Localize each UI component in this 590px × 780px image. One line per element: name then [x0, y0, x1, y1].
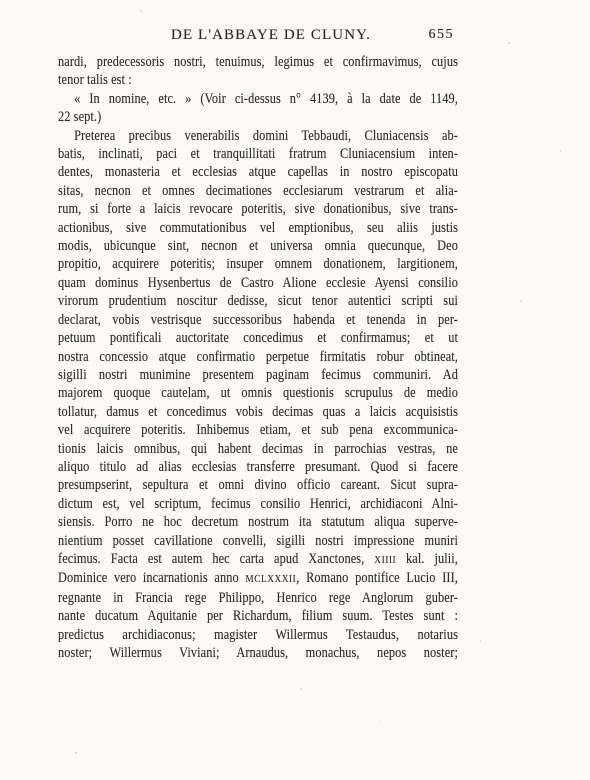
- scan-speck: [75, 752, 77, 754]
- text-line: dictum est, vel scriptum, fecimus consil…: [58, 495, 458, 513]
- text-line: Preterea precibus venerabilis domini Teb…: [58, 127, 458, 145]
- text-line: sitas, necnon et omnes decimationes eccl…: [58, 182, 458, 200]
- text-line: regnante in Francia rege Philippo, Henri…: [58, 589, 458, 607]
- scan-speck: [520, 300, 522, 302]
- text-line: tenor talis est :: [58, 71, 458, 89]
- scan-speck: [480, 640, 481, 642]
- roman-numeral: XIIII: [374, 554, 396, 566]
- roman-numeral: MCLXXXII: [245, 573, 296, 585]
- scanned-book-page: DE L'ABBAYE DE CLUNY. 655 nardi, predece…: [0, 0, 590, 780]
- text-line: 22 sept.): [58, 108, 458, 126]
- text-line: nientium posset cavillatione convelli, s…: [58, 532, 458, 550]
- text-line: petuum pontificali auctoritate concedimu…: [58, 329, 458, 347]
- text-line: presumpserint, sepultura et omni divino …: [58, 476, 458, 494]
- text-line: aliquo titulo ad alias ecclesias transfe…: [58, 458, 458, 476]
- scan-speck: [560, 150, 561, 152]
- text-line: « In nomine, etc. » (Voir ci-dessus n° 4…: [58, 90, 458, 108]
- text-line: Dominice vero incarnationis anno MCLXXXI…: [58, 569, 458, 588]
- scan-speck: [508, 42, 510, 44]
- text-line: declarat, vobis vestrisque successoribus…: [58, 311, 458, 329]
- body-text: nardi, predecessoris nostri, tenuimus, l…: [58, 53, 458, 662]
- text-line: quam dominus Hysenbertus de Castro Alion…: [58, 274, 458, 292]
- text-line: rum, si forte a laicis revocare poteriti…: [58, 200, 458, 218]
- text-line: tollatur, damus et concedimus vobis deci…: [58, 403, 458, 421]
- page-title: DE L'ABBAYE DE CLUNY.: [171, 27, 371, 43]
- text-line: modis, ubicunque sint, necnon et univers…: [58, 237, 458, 255]
- scan-speck: [300, 688, 302, 690]
- text-line: fecimus. Facta est autem hec carta apud …: [58, 550, 458, 569]
- scan-speck: [380, 720, 381, 721]
- text-line: propitio, acquirere poteritis; insuper o…: [58, 255, 458, 273]
- text-line: nante ducatum Aquitanie per Richardum, f…: [58, 607, 458, 625]
- text-line: sigilli nostri munimine presentem pagina…: [58, 366, 458, 384]
- text-line: tionis laicis omnibus, qui habent decima…: [58, 440, 458, 458]
- page-number: 655: [429, 27, 455, 43]
- text-line: siensis. Porro ne hoc decretum nostrum i…: [58, 513, 458, 531]
- text-line: vel acquirere poteritis. Inhibemus etiam…: [58, 421, 458, 439]
- text-line: dentes, monasteria et ecclesias atque ca…: [58, 163, 458, 181]
- text-line: actionibus, sive commutationibus vel emp…: [58, 219, 458, 237]
- text-line: virorum prudentium noscitur dedisse, sic…: [58, 292, 458, 310]
- text-segment: kal. julii,: [396, 551, 458, 567]
- running-header: DE L'ABBAYE DE CLUNY. 655: [58, 27, 458, 44]
- text-segment: Dominice vero incarnationis anno: [58, 570, 245, 586]
- text-segment: fecimus. Facta est autem hec carta apud …: [58, 551, 374, 567]
- text-line: nostra concessio atque confirmatio perpe…: [58, 348, 458, 366]
- text-line: majorem quoque cautelam, ut omnis questi…: [58, 384, 458, 402]
- text-line: batis, inclinati, paci et tranquillitati…: [58, 145, 458, 163]
- text-line: noster; Willermus Viviani; Arnaudus, mon…: [58, 644, 458, 662]
- text-line: predictus archidiaconus; magister Willer…: [58, 626, 458, 644]
- text-line: nardi, predecessoris nostri, tenuimus, l…: [58, 53, 458, 71]
- scan-speck: [140, 10, 142, 12]
- text-segment: , Romano pontifice Lucio III,: [296, 570, 458, 586]
